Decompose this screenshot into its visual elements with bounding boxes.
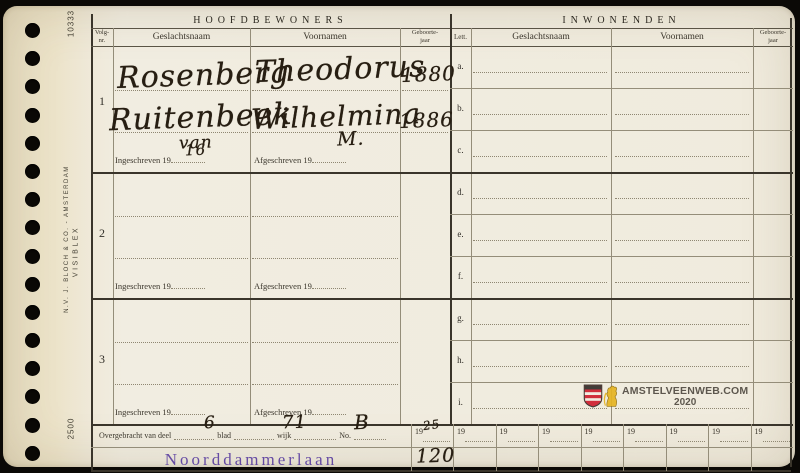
section-title-inwonenden: INWONENDEN (450, 15, 793, 28)
letter-row-label: f. (450, 271, 471, 281)
amstelveen-shield-icon (583, 384, 603, 408)
punch-hole (25, 192, 40, 207)
header-voornamen-right: Voornamen (611, 28, 753, 46)
writing-line (615, 198, 749, 199)
printer-imprint-name: VISIBLEX (73, 132, 80, 372)
punch-hole (25, 220, 40, 235)
letter-row-label: g. (450, 313, 471, 323)
letter-row-label: h. (450, 355, 471, 365)
handwritten-blad: 71 (282, 412, 308, 434)
writing-line (473, 282, 607, 283)
writing-line (615, 240, 749, 241)
dotted-blank (550, 433, 578, 442)
header-geslachtsnaam-right: Geslachtsnaam (471, 28, 611, 46)
header-geslachtsnaam-left: Geslachtsnaam (113, 28, 250, 46)
writing-line (473, 156, 607, 157)
year-prefix: 19 (585, 427, 593, 436)
empty-cell (496, 447, 539, 471)
rule-line (400, 28, 401, 424)
header-geboortejaar-line2: jaar (420, 37, 430, 45)
punch-hole (25, 333, 40, 348)
watermark-text: AMSTELVEENWEB.COM 2020 (622, 385, 748, 408)
writing-line (252, 342, 398, 343)
punch-hole (25, 361, 40, 376)
writing-line (115, 258, 248, 259)
blad-blank (234, 431, 274, 440)
header-geboortejaar-line1: Geboorte- (760, 29, 786, 37)
punch-hole (25, 23, 40, 38)
empty-cell (453, 447, 496, 471)
dotted-blank (171, 406, 205, 415)
rule-line (113, 28, 114, 424)
rule-line (91, 298, 793, 300)
rule-line (91, 172, 793, 174)
rule-line (91, 46, 793, 47)
writing-line (473, 366, 607, 367)
year-cell: 19 (666, 424, 709, 447)
section-title-hoofdbewoners: HOOFDBEWONERS (91, 15, 450, 28)
year-cell: 19 (496, 424, 539, 447)
writing-line (252, 384, 398, 385)
header-geboortejaar-right: Geboorte- jaar (753, 28, 793, 46)
punch-hole (25, 249, 40, 264)
writing-line (252, 216, 398, 217)
punch-hole (25, 305, 40, 320)
writing-line (615, 72, 749, 73)
handwritten-birthyear-1: 1880 (401, 61, 457, 87)
overgebracht-label: Overgebracht van deel (99, 431, 171, 440)
dotted-blank (763, 433, 791, 442)
punch-hole (25, 136, 40, 151)
writing-line (115, 342, 248, 343)
writing-line (473, 240, 607, 241)
handwritten-deel: 6 (204, 413, 217, 433)
dotted-blank (312, 154, 346, 163)
rule-line (450, 256, 793, 257)
letter-row-label: e. (450, 229, 471, 239)
punch-hole (25, 51, 40, 66)
punch-hole (25, 164, 40, 179)
year-prefix: 19 (542, 427, 550, 436)
rule-line (450, 340, 793, 341)
printer-imprint-address: N.V. J. BLOCH & CO. - AMSTERDAM (64, 119, 70, 359)
year-cell: 19 (751, 424, 794, 447)
year-cell: 19 (453, 424, 496, 447)
afgeschreven-label: Afgeschreven 19 (254, 280, 346, 291)
writing-line (473, 198, 607, 199)
ingeschreven-label: Ingeschreven 19 (115, 280, 205, 291)
writing-line (615, 366, 749, 367)
punch-hole (25, 79, 40, 94)
dotted-blank (423, 433, 450, 442)
year-prefix: 19 (712, 427, 720, 436)
dotted-blank (593, 433, 621, 442)
punch-hole (25, 277, 40, 292)
header-letter: Lett. (450, 28, 471, 46)
punch-hole (25, 389, 40, 404)
header-volgnr-line2: nr. (99, 37, 106, 45)
letter-row-label: i. (450, 397, 471, 407)
dotted-blank (312, 406, 346, 415)
rule-line (450, 130, 793, 131)
writing-line (615, 156, 749, 157)
letter-row-label: b. (450, 103, 471, 113)
ingeschreven-text: Ingeschreven 19 (115, 407, 171, 417)
empty-cell (708, 447, 751, 471)
ingeschreven-text: Ingeschreven 19 (115, 281, 171, 291)
header-voornamen-left: Voornamen (250, 28, 400, 46)
punch-hole (25, 446, 40, 461)
punch-hole (25, 418, 40, 433)
empty-cell (751, 447, 794, 471)
writing-line (615, 282, 749, 283)
afgeschreven-text: Afgeschreven 19 (254, 155, 312, 165)
letter-row-label: c. (450, 145, 471, 155)
year-cell: 19 (581, 424, 624, 447)
year-columns-header: 19 19 19 19 19 19 19 19 19 (411, 424, 793, 447)
year-cell: 19 (708, 424, 751, 447)
header-geboortejaar-left: Geboorte- jaar (400, 28, 450, 46)
no-label: No. (339, 431, 351, 440)
header-volgnr-line1: Volg- (95, 29, 109, 37)
writing-line (473, 324, 607, 325)
letter-row-label: d. (450, 187, 471, 197)
handwritten-first-year: 25 (422, 417, 441, 433)
handwritten-house-number: 120 (416, 444, 456, 467)
row-number: 2 (91, 226, 113, 241)
handwritten-birthyear-2: 1886 (399, 107, 455, 133)
dotted-blank (465, 433, 493, 442)
serial-number-bottom: 2500 (67, 389, 76, 469)
header-geboortejaar-line1: Geboorte- (412, 29, 438, 37)
dotted-blank (312, 280, 346, 289)
header-geboortejaar-line2: jaar (768, 37, 778, 45)
letter-row-label: a. (450, 61, 471, 71)
punch-hole (25, 108, 40, 123)
blad-label: blad (217, 431, 231, 440)
writing-line (473, 72, 607, 73)
writing-line (252, 258, 398, 259)
year-prefix: 19 (670, 427, 678, 436)
year-prefix: 19 (755, 427, 763, 436)
dotted-blank (171, 280, 205, 289)
punch-holes (25, 23, 40, 461)
afgeschreven-label: Afgeschreven 19 (254, 154, 346, 165)
empty-cell (623, 447, 666, 471)
writing-line (615, 324, 749, 325)
serial-number-top: 10333 (67, 0, 76, 64)
year-cell: 19 (623, 424, 666, 447)
watermark-site: AMSTELVEENWEB.COM (622, 385, 748, 397)
dotted-blank (720, 433, 748, 442)
writing-line (115, 384, 248, 385)
year-prefix: 19 (457, 427, 465, 436)
writing-line (115, 216, 248, 217)
year-prefix: 19 (500, 427, 508, 436)
empty-cell (538, 447, 581, 471)
rule-line (790, 18, 792, 467)
writing-line (615, 114, 749, 115)
writing-line (473, 114, 607, 115)
handwritten-wijk: B (354, 410, 371, 435)
street-name-stamp: Noorddammerlaan (111, 450, 391, 470)
row-number: 3 (91, 352, 113, 367)
writing-line (402, 90, 448, 91)
year-cell: 19 (538, 424, 581, 447)
rule-line (450, 88, 793, 89)
year-columns-empty (411, 447, 793, 471)
handwritten-ingeschreven-year: 16 (185, 141, 207, 160)
rule-line (91, 14, 93, 471)
dotted-blank (678, 433, 706, 442)
year-prefix: 19 (627, 427, 635, 436)
dotted-blank (508, 433, 536, 442)
header-volgnr: Volg- nr. (91, 28, 113, 46)
registration-card-scan: 10333 N.V. J. BLOCH & CO. - AMSTERDAM VI… (0, 0, 800, 473)
watermark-year: 2020 (674, 397, 696, 408)
lion-icon (603, 383, 619, 409)
rule-line (450, 214, 793, 215)
handwritten-initial-2: M. (337, 128, 365, 151)
afgeschreven-text: Afgeschreven 19 (254, 281, 312, 291)
empty-cell (581, 447, 624, 471)
ingeschreven-label: Ingeschreven 19 (115, 406, 205, 417)
site-watermark: AMSTELVEENWEB.COM 2020 (583, 383, 748, 409)
dotted-blank (635, 433, 663, 442)
ingeschreven-text: Ingeschreven 19 (115, 155, 171, 165)
empty-cell (666, 447, 709, 471)
year-prefix: 19 (415, 427, 423, 436)
